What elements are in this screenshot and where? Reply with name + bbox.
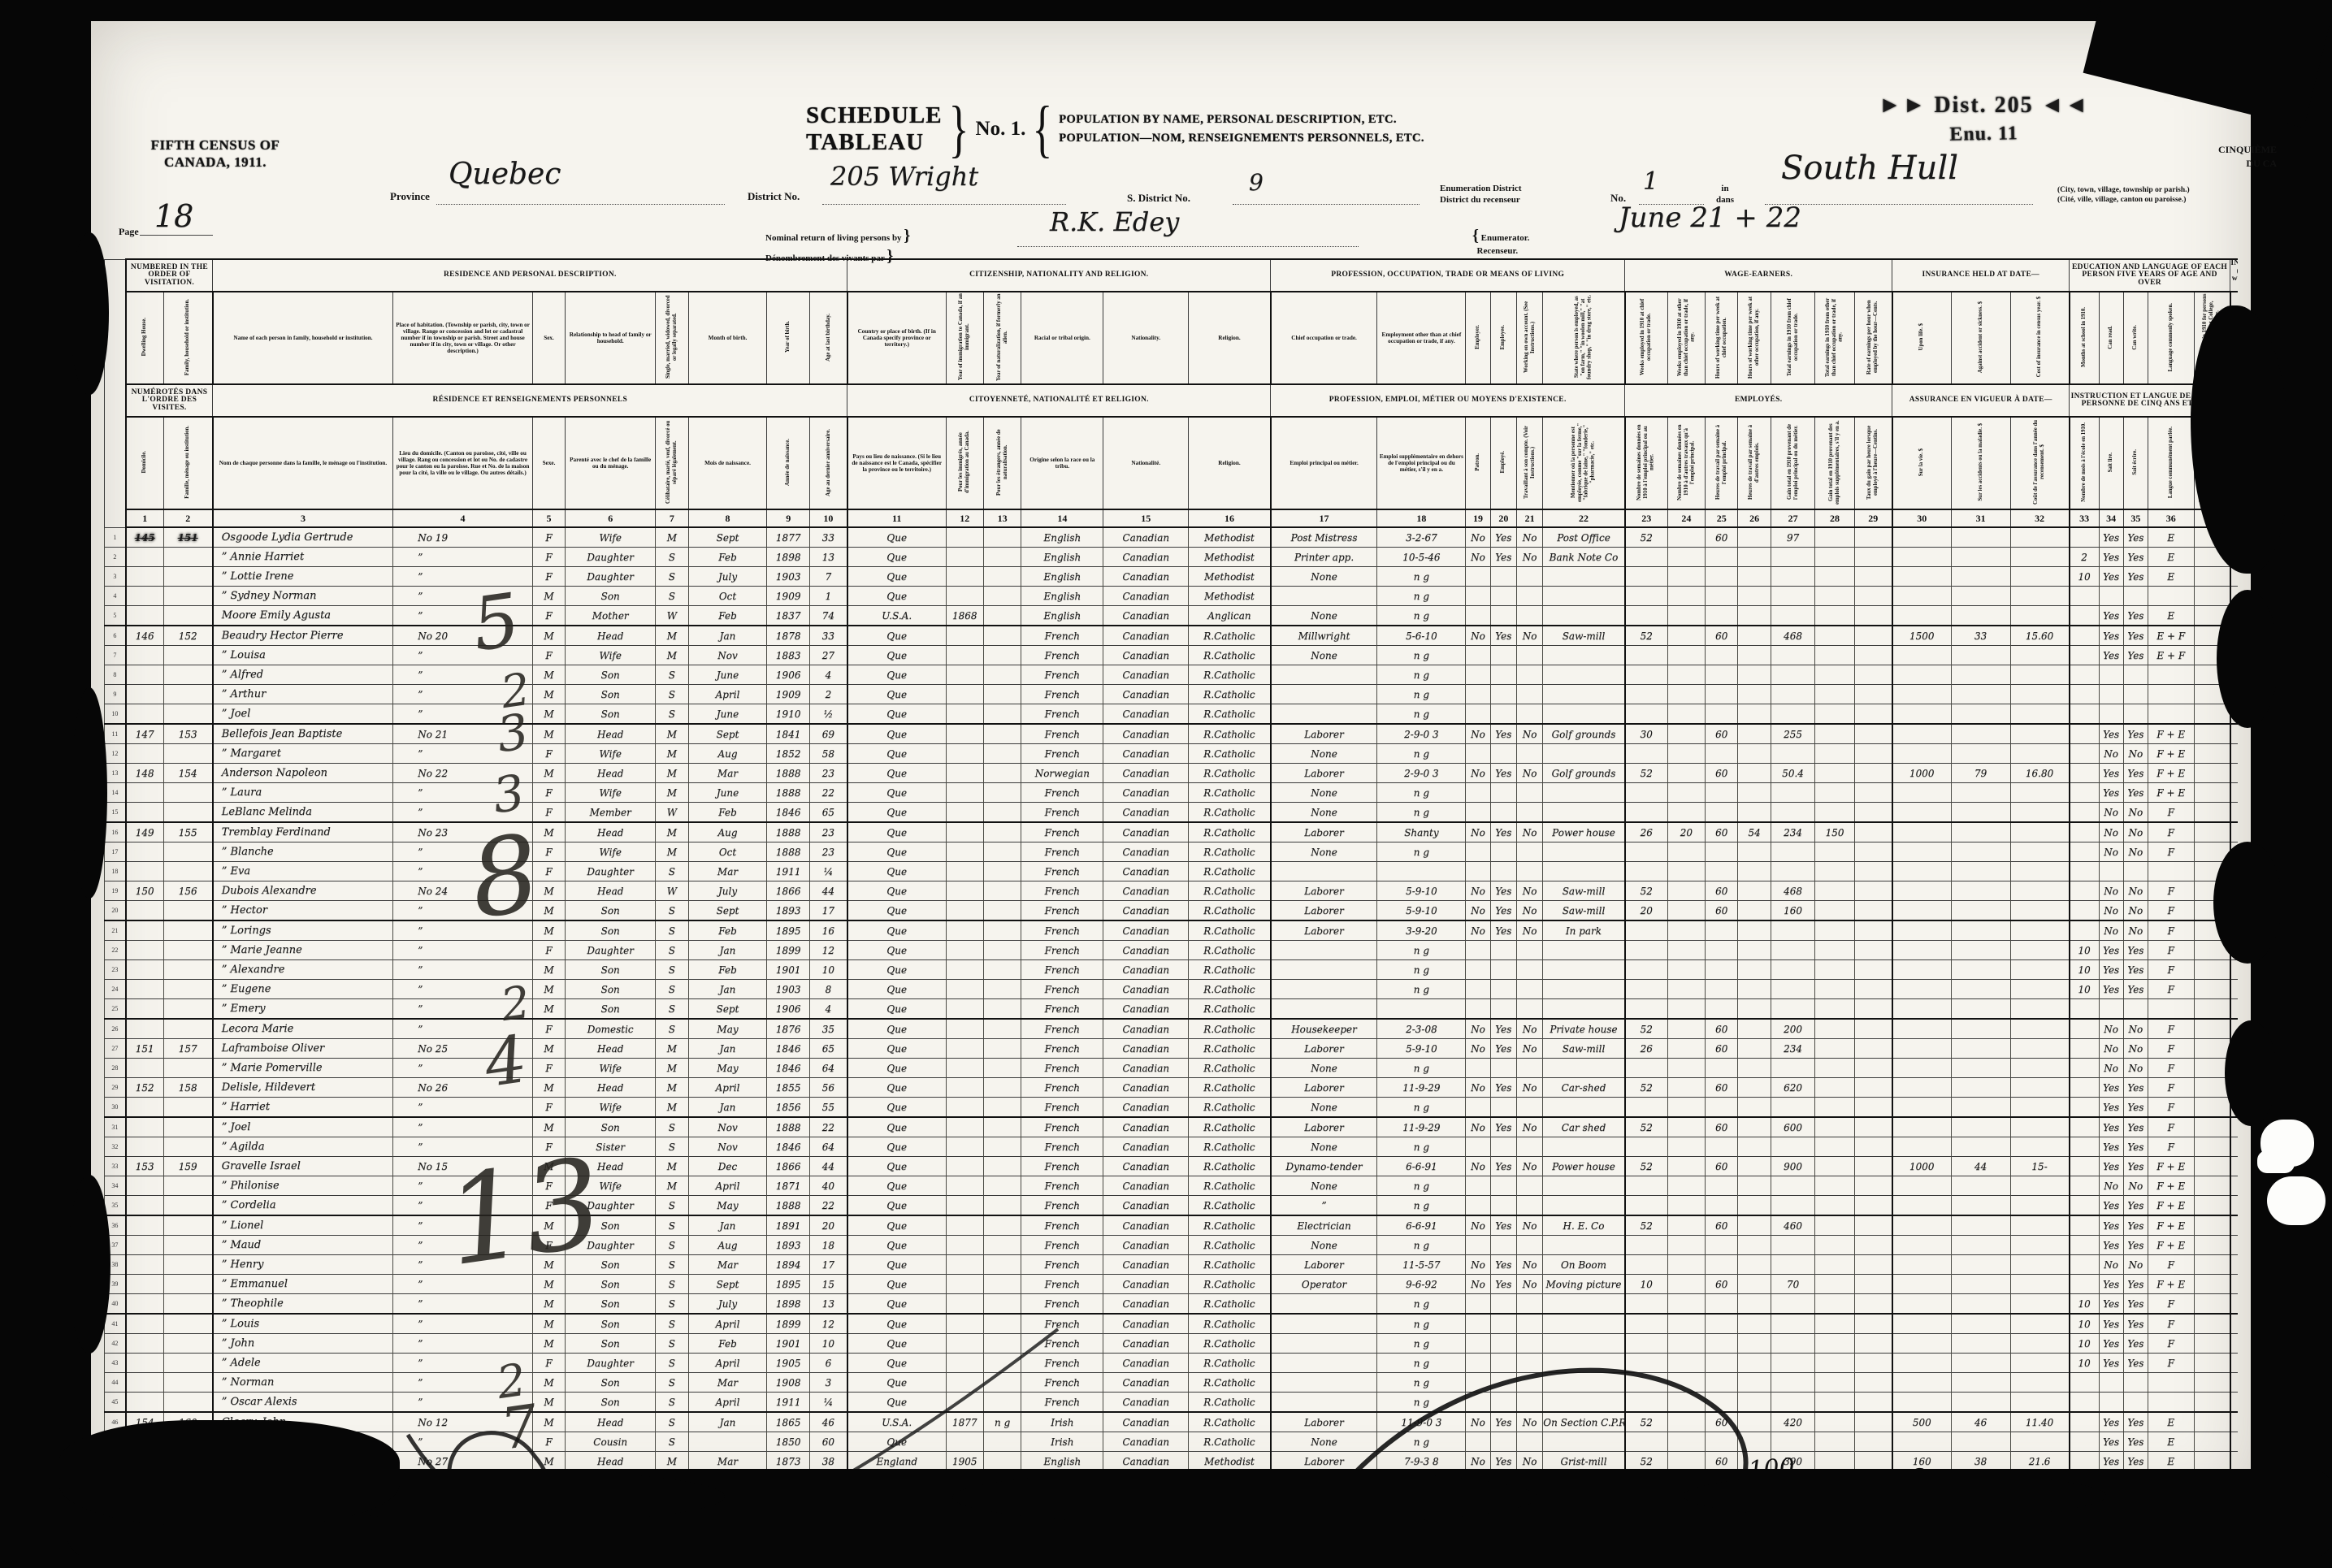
data-cell: ” Emery [213,999,393,1020]
data-cell: Shanty [1377,822,1466,842]
data-cell: No 23 [393,822,533,842]
data-cell [1951,960,2010,980]
data-cell [1854,1019,1892,1039]
line-number: 9 [105,685,126,704]
data-cell: Head [566,1412,656,1432]
column-header-fr-33: Nombre de mois à l'école en 1910. [2070,417,2099,509]
data-cell: Que [847,527,946,548]
data-cell [1706,685,1738,704]
data-cell: English [1021,548,1103,567]
data-cell [2070,1236,2099,1255]
data-cell [1667,1039,1705,1059]
data-cell: Canadian [1103,606,1189,626]
data-cell: Yes [2099,1098,2123,1118]
data-cell: Moore Emily Agusta [213,606,393,626]
group-header-en: PROFESSION, OCCUPATION, TRADE OR MEANS O… [1271,259,1625,292]
data-cell: F [2148,1294,2195,1315]
table-row: 41” Louis”MSonSApril189912QueFrenchCanad… [105,1314,2239,1334]
data-cell: English [1021,606,1103,626]
column-header-en-5: Sex. [532,292,565,384]
locality-note: (City, town, village, township or parish… [2057,185,2244,206]
data-cell [983,764,1021,783]
data-cell: 38 [809,1452,847,1471]
data-cell [1271,862,1377,881]
data-cell [1951,941,2010,960]
data-cell [2099,999,2123,1020]
data-cell [2194,1412,2230,1432]
data-cell [1951,822,2010,842]
data-cell: 60 [1706,626,1738,646]
data-cell: Que [847,1078,946,1098]
data-cell: ” [393,704,533,725]
data-cell: Son [566,980,656,999]
data-cell [1490,1314,1516,1334]
data-cell [163,744,213,764]
data-cell: Que [847,1275,946,1294]
data-cell [1854,1354,1892,1373]
data-cell: Lecora Marie [213,1019,393,1039]
data-cell [1951,1334,2010,1354]
line-number: 26 [105,1019,126,1039]
data-cell: n g [1377,1354,1466,1373]
data-cell: M [532,1039,565,1059]
data-cell: French [1021,1275,1103,1294]
data-cell: No [1466,548,1490,567]
data-cell [983,960,1021,980]
data-cell: M [532,1452,565,1471]
data-cell: R.Catholic [1189,744,1271,764]
data-cell [1667,1255,1705,1275]
data-cell: Canadian [1103,1039,1189,1059]
data-cell [2230,1354,2238,1373]
data-cell: Millwright [1271,626,1377,646]
data-cell [2194,1098,2230,1118]
data-cell [1854,685,1892,704]
data-cell [1771,842,1815,862]
data-cell: No [1466,724,1490,744]
data-cell: Canadian [1103,665,1189,685]
data-cell [1951,548,2010,567]
data-cell: 20 [1667,822,1705,842]
data-cell: French [1021,646,1103,665]
data-cell [1516,1432,1542,1452]
column-header-fr-19: Patron. [1466,417,1490,509]
data-cell [2230,1373,2238,1393]
data-cell [983,606,1021,626]
data-cell [1543,862,1625,881]
data-cell [1667,1157,1705,1176]
data-cell: n g [1377,567,1466,587]
data-cell [1854,587,1892,606]
data-cell: Que [847,704,946,725]
data-cell: 13 [809,1294,847,1315]
data-cell: No [1466,881,1490,901]
data-cell [1490,1059,1516,1078]
data-cell [2070,1117,2099,1137]
data-cell [1625,1373,1667,1393]
film-edge [68,1175,111,1354]
data-cell [1854,1117,1892,1137]
column-header-fr-22: Mentionner où la personne est employée, … [1543,417,1625,509]
column-label-text: Famille, ménage ou institution. [184,426,191,499]
data-cell: Que [847,1196,946,1216]
data-cell: Canadian [1103,1019,1189,1039]
data-cell [163,980,213,999]
data-cell: R.Catholic [1189,685,1271,704]
column-header-fr-16: Religion. [1189,417,1271,509]
data-cell: 1883 [767,646,809,665]
data-cell: M [532,665,565,685]
data-cell: No [1516,1157,1542,1176]
data-cell: Yes [2099,606,2123,626]
data-cell: 21.6 [2010,1452,2070,1471]
data-cell [1667,1196,1705,1216]
table-row: 22” Marie Jeanne”FDaughterSJan189912QueF… [105,941,2239,960]
data-cell: 35 [809,1019,847,1039]
data-cell [1771,862,1815,881]
data-cell: 50.4 [1771,764,1815,783]
film-edge [952,1469,1537,1526]
data-cell [1667,567,1705,587]
data-cell: Power house [1543,822,1625,842]
data-cell [2123,587,2148,606]
data-cell: E [2148,527,2195,548]
column-label-text: Sur les accidents ou la maladie. $ [1978,423,1984,501]
data-cell: M [532,881,565,901]
data-cell: 1856 [767,1098,809,1118]
column-label-text: Parenté avec le chef de la famille ou du… [566,456,655,470]
data-cell: Yes [1490,1117,1516,1137]
data-cell: 65 [809,803,847,823]
column-header-en-6: Relationship to head of family or househ… [566,292,656,384]
data-cell [2123,1393,2148,1413]
data-cell [1706,842,1738,862]
data-cell [2010,548,2070,567]
data-cell: Feb [688,606,767,626]
column-number: 18 [1377,509,1466,527]
data-cell: Canadian [1103,1098,1189,1118]
data-cell: ” Sydney Norman [213,587,393,606]
french-edition-title: CINQUIÈME DU CA [2179,143,2277,171]
column-header-en-10: Age at last birthday. [809,292,847,384]
column-header-fr-3: Nom de chaque personne dans la famille, … [213,417,393,509]
column-header-en-35: Can write. [2123,292,2148,384]
column-header-fr-25: Heures de travail par semaine à l'emploi… [1706,417,1738,509]
column-header-fr-9: Année de naissance. [767,417,809,509]
column-label-text: Religion. [1189,459,1269,467]
data-cell: Que [847,999,946,1020]
line-number: 44 [105,1373,126,1393]
film-edge [72,687,107,899]
data-cell: 44 [1951,1157,2010,1176]
page-label: Page [119,226,139,238]
data-cell [1854,1039,1892,1059]
data-cell: ” Lorings [213,920,393,941]
data-cell [1951,1275,2010,1294]
data-cell [1892,1255,1952,1275]
data-cell [2230,1452,2238,1471]
data-cell: M [532,1294,565,1315]
data-cell [1738,980,1771,999]
data-cell [1738,1117,1771,1137]
data-cell [2148,999,2195,1020]
data-cell [1854,1098,1892,1118]
data-cell [1854,862,1892,881]
data-cell [1667,960,1705,980]
data-cell [1738,901,1771,921]
data-cell [2194,587,2230,606]
data-cell: None [1271,744,1377,764]
data-cell: Head [566,626,656,646]
data-cell [983,1393,1021,1413]
data-cell: R.Catholic [1189,665,1271,685]
table-row: 26Lecora Marie”FDomesticSMay187635QueFre… [105,1019,2239,1039]
data-cell [1951,783,2010,803]
locality-note-en: (City, town, village, township or parish… [2057,186,2190,194]
table-row: 40” Theophile”MSonSJuly189813QueFrenchCa… [105,1294,2239,1315]
data-cell: Son [566,999,656,1020]
data-cell: F [2148,1039,2195,1059]
data-cell: No [2099,842,2123,862]
data-cell: M [656,783,688,803]
data-cell [126,744,163,764]
table-row: 13148154Anderson NapoleonNo 22MHeadMMar1… [105,764,2239,783]
data-cell: M [532,1215,565,1236]
data-cell: French [1021,862,1103,881]
data-cell [2194,1236,2230,1255]
data-cell [946,1176,983,1196]
data-cell: M [532,822,565,842]
data-cell: R.Catholic [1189,783,1271,803]
data-cell: Son [566,1215,656,1236]
data-cell [946,548,983,567]
census-sheet: FIFTH CENSUS OF CANADA, 1911. SCHEDULE T… [91,21,2251,1501]
data-cell [1543,1294,1625,1315]
data-cell [1271,1393,1377,1413]
data-cell: No [1516,1019,1542,1039]
data-cell: Yes [2099,1137,2123,1157]
data-cell: n g [1377,1176,1466,1196]
column-number: 5 [532,509,565,527]
data-cell: 58 [809,744,847,764]
data-cell: 1894 [767,1255,809,1275]
data-cell: Yes [2123,1334,2148,1354]
line-number: 8 [105,665,126,685]
data-cell: 10 [2070,567,2099,587]
data-cell [1667,685,1705,704]
stamp-district: ►► Dist. 205 ◄◄ [1879,93,2089,119]
data-cell [1706,941,1738,960]
data-cell: 1877 [946,1412,983,1432]
data-cell: Yes [1490,1275,1516,1294]
data-cell [1854,1176,1892,1196]
column-label-text: Pour les immigrés, année d'immigration a… [958,418,971,506]
data-cell: French [1021,1294,1103,1315]
data-cell [1516,587,1542,606]
brace: { [1032,93,1052,166]
data-cell: No 15 [393,1157,533,1176]
data-cell: 12 [809,941,847,960]
data-cell: 1911 [767,862,809,881]
data-cell [1771,783,1815,803]
data-cell [1667,744,1705,764]
data-cell: Feb [688,803,767,823]
column-number: 12 [946,509,983,527]
data-cell [2070,1412,2099,1432]
data-cell [946,1059,983,1078]
column-number: 24 [1667,509,1705,527]
column-header-fr-21: Travaillant à son compte. (Voir Instruct… [1516,417,1542,509]
data-cell: Aug [688,1236,767,1255]
data-cell [1771,646,1815,665]
data-cell: Mar [688,1255,767,1275]
data-cell [126,901,163,921]
data-cell: ” [393,548,533,567]
data-cell: No [2123,1039,2148,1059]
data-cell [2070,685,2099,704]
data-cell: Daughter [566,941,656,960]
data-cell [1738,606,1771,626]
data-cell: Canadian [1103,1236,1189,1255]
data-cell [1738,862,1771,881]
data-cell: Yes [2123,1275,2148,1294]
column-header-en-12: Year of immigration to Canada, if an imm… [946,292,983,384]
data-cell [946,1354,983,1373]
line-number: 30 [105,1098,126,1118]
data-cell: R.Catholic [1189,1078,1271,1098]
line-number: 20 [105,901,126,921]
data-cell: 52 [1625,1078,1667,1098]
data-cell [163,1334,213,1354]
data-cell [1516,606,1542,626]
data-cell [1951,803,2010,823]
data-cell: Daughter [566,548,656,567]
data-cell [1625,920,1667,941]
data-cell [1543,803,1625,823]
data-cell: No 26 [393,1078,533,1098]
data-cell: None [1271,1137,1377,1157]
data-cell [946,1137,983,1157]
data-cell [1815,881,1854,901]
data-cell [1516,744,1542,764]
data-cell [1892,1078,1952,1098]
data-cell: n g [1377,587,1466,606]
data-cell [2010,567,2070,587]
data-cell: 33 [1951,626,2010,646]
data-cell [1815,704,1854,725]
data-cell: F [2148,1117,2195,1137]
data-cell: None [1271,1059,1377,1078]
data-cell: 26 [1625,822,1667,842]
data-cell: Head [566,1157,656,1176]
data-cell [2070,1452,2099,1471]
schedule-desc-fr: POPULATION—NOM, RENSEIGNEMENTS PERSONNEL… [1059,129,1424,148]
data-cell: n g [1377,665,1466,685]
data-cell: ” Cordelia [213,1196,393,1216]
data-cell [1854,901,1892,921]
data-cell [1738,920,1771,941]
data-cell: R.Catholic [1189,862,1271,881]
data-cell: n g [983,1412,1021,1432]
data-cell: Cousin [566,1432,656,1452]
data-cell [1892,1039,1952,1059]
data-cell: 159 [163,1157,213,1176]
data-cell: French [1021,980,1103,999]
data-cell: F [532,1059,565,1078]
table-row: 11147153Bellefois Jean BaptisteNo 21MHea… [105,724,2239,744]
column-header-fr-2: Famille, ménage ou institution. [163,417,213,509]
data-cell: French [1021,1215,1103,1236]
data-cell: M [532,1157,565,1176]
data-cell: 148 [126,764,163,783]
data-cell [1771,587,1815,606]
data-cell: M [656,1452,688,1471]
data-cell [1738,1137,1771,1157]
data-cell: S [656,567,688,587]
data-cell: F + E [2148,1176,2195,1196]
table-row: 16149155Tremblay FerdinandNo 23MHeadMAug… [105,822,2239,842]
column-header-en-18: Employment other than at chief occupatio… [1377,292,1466,384]
data-cell: F [532,1236,565,1255]
data-cell [1667,941,1705,960]
data-cell [1738,999,1771,1020]
data-cell: Head [566,822,656,842]
data-cell: None [1271,1432,1377,1452]
data-cell: 10 [2070,1314,2099,1334]
table-row: 21” Lorings”MSonSFeb189516QueFrenchCanad… [105,920,2239,941]
data-cell [1892,862,1952,881]
data-cell: 1846 [767,1137,809,1157]
data-cell: Jan [688,1039,767,1059]
line-number: 23 [105,960,126,980]
data-cell [946,1039,983,1059]
data-cell: Canadian [1103,704,1189,725]
data-cell [1892,548,1952,567]
data-cell: H. E. Co [1543,1215,1625,1236]
data-cell: French [1021,1117,1103,1137]
data-cell [1271,941,1377,960]
data-cell [1706,1334,1738,1354]
data-cell [1516,1059,1542,1078]
column-label-text: Mois de naissance. [689,459,767,467]
data-cell [1625,1137,1667,1157]
data-cell: Que [847,1215,946,1236]
data-cell: S [656,980,688,999]
data-cell [126,941,163,960]
data-cell [983,548,1021,567]
table-row: 45” Oscar Alexis”MSonSApril1911¼QueFrenc… [105,1393,2239,1413]
data-cell [2070,626,2099,646]
data-cell [2194,567,2230,587]
column-label-text: Employment other than at chief occupatio… [1377,331,1465,345]
data-cell: ” [393,999,533,1020]
data-cell: R.Catholic [1189,626,1271,646]
data-cell: M [656,1176,688,1196]
data-cell [1706,1098,1738,1118]
data-cell [1815,1059,1854,1078]
data-cell [2194,783,2230,803]
data-cell: 52 [1625,881,1667,901]
data-cell: F [532,941,565,960]
data-cell [2010,803,2070,823]
data-cell: Que [847,1373,946,1393]
data-cell: 44 [809,881,847,901]
data-cell: R.Catholic [1189,646,1271,665]
data-cell [2070,587,2099,606]
data-cell: Moving picture [1543,1275,1625,1294]
data-cell: Son [566,1117,656,1137]
data-cell [1815,1354,1854,1373]
